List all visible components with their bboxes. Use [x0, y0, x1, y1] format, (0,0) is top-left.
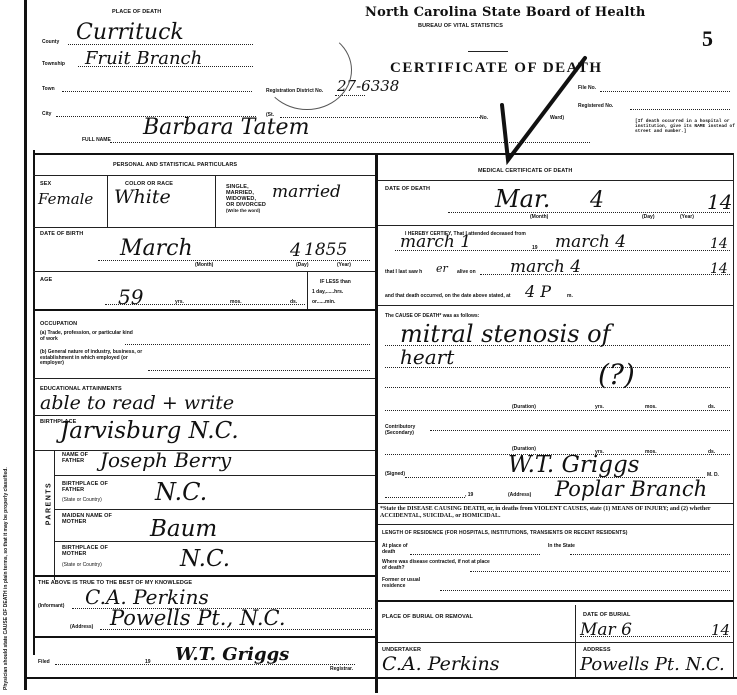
date-of-death-month: Mar. — [495, 185, 550, 213]
registrar-value: W.T. Griggs — [175, 644, 289, 665]
file-no-line — [600, 91, 730, 92]
occupation-b-line — [148, 370, 370, 371]
attended-to: march 4 — [555, 232, 626, 252]
mother-maiden-line — [54, 541, 375, 542]
color-value: White — [114, 186, 171, 208]
filed-19-label: 19 — [145, 660, 151, 666]
sex-divider — [107, 175, 108, 227]
dob-label: DATE OF BIRTH — [40, 231, 83, 237]
contributory-label: Contributory (Secondary) — [385, 425, 435, 436]
hospital-note: [If death occurred in a hospital or inst… — [635, 119, 735, 134]
duration-yrs-1: yrs. — [595, 405, 604, 411]
undertaker-value: C.A. Perkins — [382, 653, 500, 675]
full-name-label: FULL NAME — [82, 138, 111, 144]
age-yrs: yrs. — [175, 300, 184, 306]
at-place-line — [410, 554, 540, 555]
informant-bottom-line — [33, 636, 375, 638]
contracted-line — [470, 571, 730, 572]
death-time-m: m. — [567, 294, 573, 300]
burial-date-value: Mar 6 — [580, 620, 632, 640]
or-min-label: or......min. — [312, 300, 335, 306]
marital-value: married — [272, 182, 341, 202]
signed-address-value: Poplar Branch — [555, 477, 707, 501]
parents-vertical-label: PARENTS — [46, 479, 53, 529]
age-value: 59 — [118, 285, 143, 309]
place-of-death-heading: PLACE OF DEATH — [112, 9, 161, 15]
cause-annotation: (?) — [598, 358, 635, 391]
personal-heading: PERSONAL AND STATISTICAL PARTICULARS — [113, 162, 237, 168]
attended-19-label: 19 — [532, 246, 538, 252]
contributory-line — [430, 430, 730, 431]
duration-label-1: (Duration) — [512, 405, 536, 411]
age-label: AGE — [40, 277, 52, 283]
last-saw-year: 14 — [710, 261, 728, 277]
cause-line-3 — [385, 387, 730, 388]
attended-from: march 1 — [400, 232, 471, 252]
row-line-4 — [33, 378, 375, 379]
township-label: Township — [42, 62, 65, 68]
date-of-death-year: 14 — [707, 190, 732, 214]
cause-line1-value: mitral stenosis of — [400, 320, 611, 348]
death-occurred-line — [378, 305, 733, 306]
md-label: M. D. — [707, 473, 719, 479]
former-residence-line — [440, 590, 730, 591]
one-day-label: 1 day,......hrs. — [312, 290, 343, 296]
page-number: 5 — [702, 26, 713, 52]
form-bottom-line — [24, 677, 737, 679]
last-saw-her: er — [436, 262, 448, 275]
age-mos: mos. — [230, 300, 242, 306]
grid-top-line — [33, 153, 733, 155]
burial-date-line — [580, 636, 730, 637]
row-line-2 — [33, 271, 375, 272]
age-divider — [307, 271, 308, 309]
duration-mos-2: mos. — [645, 450, 657, 456]
death-occurred-text: and that death occurred, on the date abo… — [385, 294, 511, 300]
signed-date-line — [385, 497, 465, 498]
birthplace-value: Jarvisburg N.C. — [60, 418, 239, 444]
township-value: Fruit Branch — [85, 48, 202, 69]
city-label: City — [42, 112, 51, 118]
row-line-3 — [33, 309, 375, 311]
sex-label: SEX — [40, 181, 51, 187]
cause-label: The CAUSE OF DEATH* was as follows: — [385, 314, 479, 320]
mother-maiden-value: Baum — [150, 516, 217, 542]
residence-bottom-line — [378, 600, 733, 602]
margin-instructions: Physician should state CAUSE OF DEATH in… — [0, 0, 14, 695]
row-line-1 — [33, 227, 375, 228]
undertaker-address-value: Powells Pt. N.C. — [580, 654, 725, 675]
bureau-subtitle: BUREAU OF VITAL STATISTICS — [418, 23, 503, 29]
dob-year-caption: (Year) — [337, 263, 351, 269]
informant-address-label: (Address) — [70, 625, 93, 631]
row-line-5 — [33, 415, 375, 416]
filed-label: Filed — [38, 660, 50, 666]
former-residence-label: Former or usual residence — [382, 578, 432, 589]
agency-title: North Carolina State Board of Health — [365, 5, 645, 20]
medical-heading-line — [378, 180, 733, 181]
occupation-b-label: (b) General nature of industry, business… — [40, 350, 150, 367]
in-state-label: In the State — [548, 544, 578, 550]
burial-divider — [575, 605, 576, 677]
footnote: *State the DISEASE CAUSING DEATH, or, in… — [380, 506, 735, 520]
signed-address-label: (Address) — [508, 493, 531, 499]
county-value: Currituck — [76, 20, 184, 45]
occupation-a-line — [125, 344, 370, 345]
sex-value: Female — [38, 190, 93, 208]
medical-heading: MEDICAL CERTIFICATE OF DEATH — [478, 168, 572, 174]
cause-line2-value: heart — [400, 345, 454, 369]
father-name-value: Joseph Berry — [100, 448, 231, 472]
date-of-death-day: 4 — [590, 188, 604, 213]
right-border — [733, 153, 734, 677]
informant-address-value: Powells Pt., N.C. — [110, 606, 286, 630]
burial-bottom-line — [378, 642, 733, 643]
dob-month-caption: (Month) — [195, 263, 213, 269]
death-day-caption: (Day) — [642, 215, 655, 221]
father-birthplace-label: BIRTHPLACE OF FATHER — [62, 481, 122, 493]
dob-day-caption: (Day) — [296, 263, 309, 269]
mother-birthplace-value: N.C. — [180, 546, 230, 572]
duration-ds-2: ds. — [708, 450, 715, 456]
signed-19-label: , 19 — [465, 493, 473, 499]
marital-label: SINGLE, MARRIED, WIDOWED, or DIVORCED (W… — [226, 184, 266, 214]
duration-mos-1: mos. — [645, 405, 657, 411]
contracted-label: Where was disease contracted, if not at … — [382, 560, 492, 571]
in-state-line — [570, 554, 730, 555]
death-month-caption: (Month) — [530, 215, 548, 221]
margin-text-lower: Physician should state CAUSE OF DEATH in… — [3, 467, 9, 690]
registration-stamp — [262, 30, 352, 110]
parents-bottom-line — [33, 575, 375, 577]
dob-month: March — [120, 236, 193, 261]
town-label: Town — [42, 87, 55, 93]
date-of-death-label: DATE OF DEATH — [385, 186, 430, 192]
left-inner-border — [33, 150, 35, 655]
if-less-label: IF LESS than — [320, 280, 351, 286]
age-ds: ds. — [290, 300, 297, 306]
left-border — [24, 0, 27, 690]
last-saw-text: that I last saw h — [385, 270, 422, 276]
center-divider — [375, 153, 378, 693]
death-year-caption: (Year) — [680, 215, 694, 221]
checkmark-icon — [500, 50, 590, 165]
death-time: 4 P — [525, 282, 551, 301]
father-name-label: NAME OF FATHER — [62, 452, 102, 464]
last-saw-date: march 4 — [510, 257, 581, 277]
cause-line-4 — [385, 410, 730, 411]
signed-label: (Signed) — [385, 472, 405, 478]
attended-year: 14 — [710, 236, 728, 252]
color-divider — [215, 175, 216, 227]
mother-maiden-label: MAIDEN NAME OF MOTHER — [62, 513, 122, 525]
no-label: No. — [480, 116, 488, 122]
informant-label: (Informant) — [38, 604, 64, 610]
date-of-death-line — [448, 212, 730, 213]
st-line — [280, 117, 480, 118]
registered-no-line — [630, 109, 730, 110]
full-name-value: Barbara Tatem — [143, 115, 309, 140]
mother-birthplace-sub: (State or Country) — [62, 563, 102, 569]
town-line — [62, 91, 252, 92]
signed-value: W.T. Griggs — [508, 452, 640, 478]
county-label: County — [42, 40, 59, 46]
father-birthplace-value: N.C. — [155, 478, 207, 506]
burial-year: 14 — [711, 621, 730, 639]
alive-on-label: alive on — [457, 270, 476, 276]
footnote-bottom-line — [378, 524, 733, 525]
occupation-a-label: (a) Trade, profession, or particular kin… — [40, 331, 135, 342]
dob-day: 4 — [290, 240, 301, 261]
duration-ds-1: ds. — [708, 405, 715, 411]
education-value: able to read + write — [40, 392, 234, 414]
residence-heading: LENGTH OF RESIDENCE (For Hospitals, Inst… — [382, 530, 628, 536]
dob-year: 1855 — [304, 240, 347, 260]
father-name-line — [54, 475, 375, 476]
undertaker-address-label: ADDRESS — [583, 647, 611, 653]
mother-birthplace-label: BIRTHPLACE OF MOTHER — [62, 545, 122, 557]
age-line — [105, 304, 305, 305]
burial-place-label: PLACE OF BURIAL OR REMOVAL — [382, 614, 473, 620]
father-birthplace-sub: (State or Country) — [62, 498, 102, 504]
registrar-label: Registrar. — [330, 667, 353, 673]
signed-bottom-line — [378, 503, 733, 504]
father-birthplace-line — [54, 509, 375, 510]
parents-divider — [54, 450, 55, 580]
personal-heading-line — [33, 175, 375, 176]
burial-date-label: DATE OF BURIAL — [583, 612, 630, 618]
date-of-death-bottom-line — [378, 225, 733, 226]
occupation-label: OCCUPATION — [40, 321, 77, 327]
